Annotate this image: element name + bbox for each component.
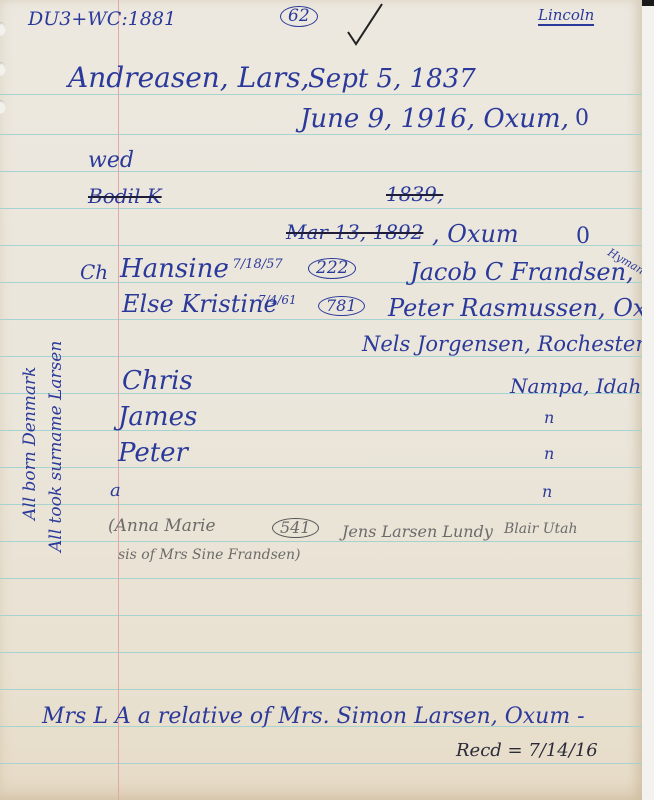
- child-name: a: [110, 482, 121, 500]
- circled-record-number: 62: [280, 6, 318, 27]
- subject-mark: 0: [575, 108, 589, 130]
- child-name: Chris: [122, 368, 193, 394]
- binder-hole: [0, 22, 6, 36]
- child-spouse-info: Jacob C Frandsen,: [410, 260, 634, 284]
- children-label: Ch: [80, 262, 108, 282]
- spouse-name-struck: Bodil K: [88, 186, 162, 206]
- ruled-line: [0, 504, 642, 505]
- binder-hole: [0, 100, 6, 114]
- pencil-note-line1: (Anna Marie: [108, 518, 216, 535]
- child-record-number: 781: [318, 296, 365, 316]
- subject-death-date-place: June 9, 1916, Oxum,: [300, 106, 569, 132]
- ruled-line: [0, 615, 642, 616]
- binder-hole: [0, 62, 6, 76]
- child-date: 7/4/61: [258, 294, 297, 306]
- spouse-mark: 0: [576, 226, 590, 248]
- subject-birth-date: Sept 5, 1837: [308, 66, 476, 92]
- ruled-paper-page: DU3+WC:1881 62 Lincoln Andreasen, Lars, …: [0, 0, 642, 800]
- ruled-line: [0, 652, 642, 653]
- ditto-mark: n: [542, 484, 552, 500]
- subject-name: Andreasen, Lars,: [68, 64, 310, 92]
- location-label: Lincoln: [538, 8, 594, 26]
- ditto-mark: n: [544, 446, 554, 462]
- child-spouse-info: Nels Jorgensen, Rochester, Minn: [362, 334, 642, 355]
- pencil-place: Blair Utah: [504, 522, 578, 536]
- red-margin-line: [118, 0, 119, 800]
- ruled-line: [0, 467, 642, 468]
- child-name: James: [118, 404, 197, 430]
- ruled-line: [0, 208, 642, 209]
- page-edge: [642, 0, 654, 800]
- child-name: Peter: [118, 440, 188, 466]
- spouse-birth-struck: 1839,: [386, 184, 443, 204]
- child-name: Hansine: [120, 256, 229, 282]
- pencil-note-line2: sis of Mrs Sine Frandsen): [118, 548, 301, 562]
- ruled-line: [0, 94, 642, 95]
- pencil-record-number: 541: [272, 518, 319, 538]
- ruled-line: [0, 763, 642, 764]
- reference-code: DU3+WC:1881: [28, 10, 176, 29]
- child-date: - 7/18/57: [224, 258, 283, 271]
- side-note-surname-larsen: All took surname Larsen: [46, 341, 66, 552]
- wed-label: wed: [88, 150, 134, 172]
- ruled-line: [0, 578, 642, 579]
- footer-relative-note: Mrs L A a relative of Mrs. Simon Larsen,…: [42, 706, 585, 728]
- child-name: Else Kristine: [122, 292, 278, 316]
- ruled-line: [0, 430, 642, 431]
- ruled-line: [0, 356, 642, 357]
- ruled-line: [0, 689, 642, 690]
- ditto-mark: n: [544, 410, 554, 426]
- ruled-line: [0, 134, 642, 135]
- spouse-death-struck: Mar 13, 1892: [286, 222, 423, 242]
- child-spouse-info: Peter Rasmussen, Oxum: [388, 296, 642, 320]
- side-note-born-denmark: All born Denmark: [20, 367, 40, 520]
- ruled-line: [0, 245, 642, 246]
- ruled-line: [0, 541, 642, 542]
- child-record-number: 222: [308, 258, 356, 279]
- scan-border: [642, 0, 654, 6]
- received-date: Recd = 7/14/16: [456, 742, 598, 760]
- spouse-death-place: , Oxum: [432, 222, 519, 246]
- child-spouse-info: Nampa, Idaho: [510, 376, 642, 396]
- pencil-spouse-info: Jens Larsen Lundy: [342, 524, 493, 540]
- checkmark-icon: [342, 2, 386, 48]
